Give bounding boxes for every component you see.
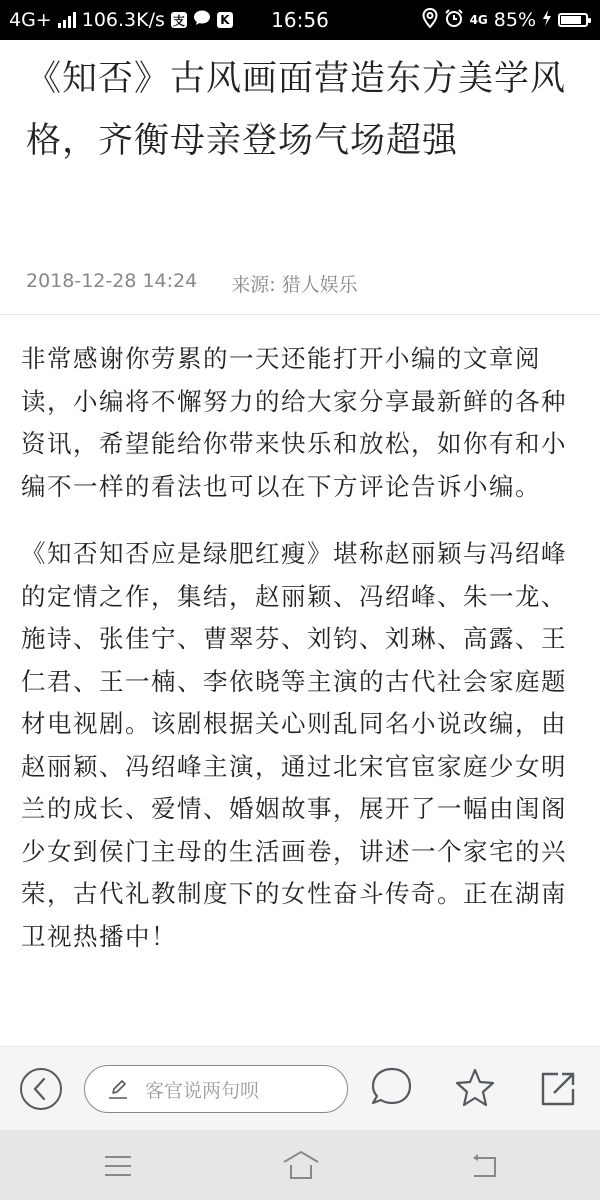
chat-icon [193,9,211,31]
menu-icon [103,1153,133,1179]
network-speed: 106.3K/s [82,9,165,31]
charging-icon [542,9,552,31]
data-4g-icon: 4G [470,14,488,26]
back-nav-button[interactable] [462,1148,506,1184]
paragraph: 《知否知否应是绿肥红瘦》堪称赵丽颖与冯绍峰的定情之作，集结，赵丽颖、冯绍峰、朱一… [21,533,581,958]
signal-icon [58,12,76,28]
publish-date: 2018-12-28 14:24 [26,270,197,297]
comments-button[interactable] [369,1065,415,1111]
back-icon [468,1152,500,1180]
status-right: 4G 85% [422,8,588,33]
location-icon [422,8,438,33]
favorite-button[interactable] [452,1065,498,1111]
battery-percent: 85% [494,9,536,31]
home-icon [281,1150,321,1182]
comment-icon [369,1065,415,1111]
home-button[interactable] [278,1146,324,1186]
paragraph: 非常感谢你劳累的一天还能打开小编的文章阅读，小编将不懈努力的给大家分享最新鲜的各… [21,338,581,508]
article-header: 《知否》古风画面营造东方美学风格，齐衡母亲登场气场超强 [26,48,571,172]
share-icon [538,1069,578,1109]
back-circle-icon [19,1067,63,1111]
k-app-icon: K [217,12,233,28]
battery-icon [558,13,588,27]
status-left: 4G+ 106.3K/s 支 K [0,9,233,31]
article-title: 《知否》古风画面营造东方美学风格，齐衡母亲登场气场超强 [26,48,571,172]
system-nav-bar [0,1130,600,1200]
article-meta: 2018-12-28 14:24 来源: 猎人娱乐 [26,270,358,297]
network-type: 4G+ [9,9,52,31]
bottom-action-bar: 客官说两句呗 [0,1046,600,1131]
comment-placeholder: 客官说两句呗 [145,1076,259,1103]
clock: 16:56 [271,8,329,32]
header-divider [0,314,600,315]
share-button[interactable] [536,1067,580,1111]
alarm-icon [444,8,464,33]
comment-input[interactable]: 客官说两句呗 [84,1065,348,1113]
menu-button[interactable] [96,1148,140,1184]
back-button[interactable] [19,1067,63,1111]
alipay-icon: 支 [171,12,187,28]
star-icon [453,1066,497,1110]
pencil-icon [107,1078,129,1100]
article-source: 来源: 猎人娱乐 [231,270,357,297]
article-body: 非常感谢你劳累的一天还能打开小编的文章阅读，小编将不懈努力的给大家分享最新鲜的各… [21,338,581,983]
status-bar: 4G+ 106.3K/s 支 K 16:56 4G 85% [0,0,600,40]
